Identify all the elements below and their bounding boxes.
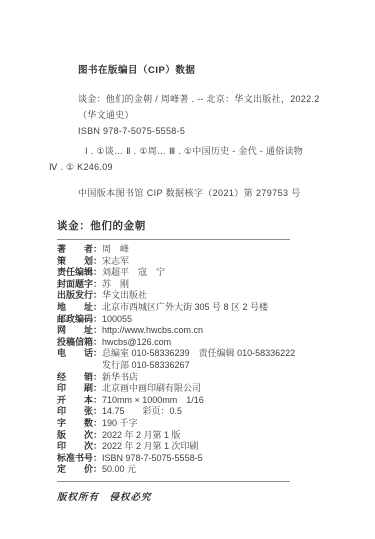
row-label: 出版发行：	[57, 290, 102, 302]
row-label: 策 划：	[57, 256, 102, 268]
colophon-row-printer: 印 刷：北京画中画印刷有限公司	[57, 383, 307, 395]
colophon-row-format: 开 本：710mm × 1000mm 1/16	[57, 395, 307, 407]
row-value: 710mm × 1000mm 1/16	[102, 395, 204, 407]
row-value: 北京画中画印刷有限公司	[102, 383, 201, 395]
row-value: 2022 年 2 月第 1 次印刷	[102, 441, 199, 453]
row-label: 著 者：	[57, 244, 102, 256]
cip-isbn-line: ISBN 978-7-5075-5558-5	[78, 123, 320, 139]
row-label: 字 数：	[57, 418, 102, 430]
colophon-row-word-count: 字 数：190 千字	[57, 418, 307, 430]
book-copyright-page: 图书在版编目（CIP）数据 谈金：他们的金朝 / 周峰著 . -- 北京：华文出…	[0, 0, 375, 539]
colophon-row-publisher: 出版发行：华文出版社	[57, 290, 307, 302]
row-value: ISBN 978-7-5075-5558-5	[102, 453, 203, 465]
colophon-row-planner: 策 划：宋志军	[57, 256, 307, 268]
row-label: 标准书号：	[57, 453, 102, 465]
row-value: 周 峰	[102, 244, 129, 256]
row-label: 电 话：	[57, 348, 102, 371]
row-value: 刘超平 寇 宁	[102, 267, 165, 279]
colophon-row-distributor: 经 销：新华书店	[57, 372, 307, 384]
row-value: 苏 刚	[102, 279, 129, 291]
row-value: 宋志军	[102, 256, 129, 268]
colophon-row-impression: 印 次：2022 年 2 月第 1 次印刷	[57, 441, 307, 453]
row-value: 北京市西城区广外大街 305 号 8 区 2 号楼	[102, 302, 268, 314]
row-label: 印 刷：	[57, 383, 102, 395]
colophon-rows: 著 者：周 峰 策 划：宋志军 责任编辑：刘超平 寇 宁 封面题字：苏 刚 出版…	[57, 244, 307, 476]
row-label: 印 次：	[57, 441, 102, 453]
colophon-row-edition: 版 次：2022 年 2 月第 1 版	[57, 430, 307, 442]
colophon-row-editor: 责任编辑：刘超平 寇 宁	[57, 267, 307, 279]
row-label: 网 址：	[57, 325, 102, 337]
colophon-row-cover-calligraphy: 封面题字：苏 刚	[57, 279, 307, 291]
row-value: 新华书店	[102, 372, 138, 384]
colophon-row-website: 网 址：http://www.hwcbs.com.cn	[57, 325, 307, 337]
row-label: 责任编辑：	[57, 267, 102, 279]
colophon-row-address: 地 址：北京市西城区广外大街 305 号 8 区 2 号楼	[57, 302, 307, 314]
colophon-row-standard-book-number: 标准书号：ISBN 978-7-5075-5558-5	[57, 453, 307, 465]
row-label: 印 张：	[57, 406, 102, 418]
colophon-row-postcode: 邮政编码：100055	[57, 314, 307, 326]
colophon-row-author: 著 者：周 峰	[57, 244, 307, 256]
cip-series-line: （华文通史）	[78, 107, 320, 123]
row-label: 邮政编码：	[57, 314, 102, 326]
colophon-row-submission-email: 投稿信箱：hwcbs@126.com	[57, 337, 307, 349]
cip-heading: 图书在版编目（CIP）数据	[78, 63, 320, 79]
row-value: 190 千字	[102, 418, 138, 430]
colophon-section: 谈金：他们的金朝 著 者：周 峰 策 划：宋志军 责任编辑：刘超平 寇 宁 封面…	[57, 218, 307, 503]
colophon-row-sheets: 印 张：14.75 彩页：0.5	[57, 406, 307, 418]
row-value: 2022 年 2 月第 1 版	[102, 430, 181, 442]
row-label: 投稿信箱：	[57, 337, 102, 349]
row-value: 华文出版社	[102, 290, 147, 302]
row-value: http://www.hwcbs.com.cn	[102, 325, 203, 337]
cip-classification-line-1: Ⅰ . ①谈… Ⅱ . ①周… Ⅲ . ①中国历史 - 金代 - 通俗读物	[85, 143, 320, 159]
colophon-row-price: 定 价：50.00 元	[57, 464, 307, 476]
copyright-notice: 版权所有 侵权必究	[57, 489, 307, 503]
row-value: 总编室 010-58336239 责任编辑 010-58336222发行部 01…	[102, 348, 295, 371]
row-label: 经 销：	[57, 372, 102, 384]
phone-line-1: 总编室 010-58336239 责任编辑 010-58336222	[102, 348, 295, 360]
phone-line-2: 发行部 010-58336267	[102, 360, 295, 372]
row-label: 版 次：	[57, 430, 102, 442]
row-value: hwcbs@126.com	[102, 337, 171, 349]
colophon-row-phone: 电 话：总编室 010-58336239 责任编辑 010-58336222发行…	[57, 348, 307, 371]
cip-record-line: 谈金：他们的金朝 / 周峰著 . -- 北京：华文出版社，2022.2	[78, 91, 320, 107]
row-label: 开 本：	[57, 395, 102, 407]
cip-classification-line-2: Ⅳ . ① K246.09	[49, 159, 320, 175]
row-label: 封面题字：	[57, 279, 102, 291]
cip-registry-number-line: 中国版本图书馆 CIP 数据核字（2021）第 279753 号	[78, 185, 320, 201]
row-label: 地 址：	[57, 302, 102, 314]
divider-rule	[57, 481, 290, 482]
row-value: 14.75 彩页：0.5	[102, 406, 182, 418]
row-label: 定 价：	[57, 464, 102, 476]
book-title: 谈金：他们的金朝	[57, 218, 290, 240]
cip-data-section: 图书在版编目（CIP）数据 谈金：他们的金朝 / 周峰著 . -- 北京：华文出…	[78, 63, 320, 201]
row-value: 100055	[102, 314, 132, 326]
row-value: 50.00 元	[102, 464, 136, 476]
